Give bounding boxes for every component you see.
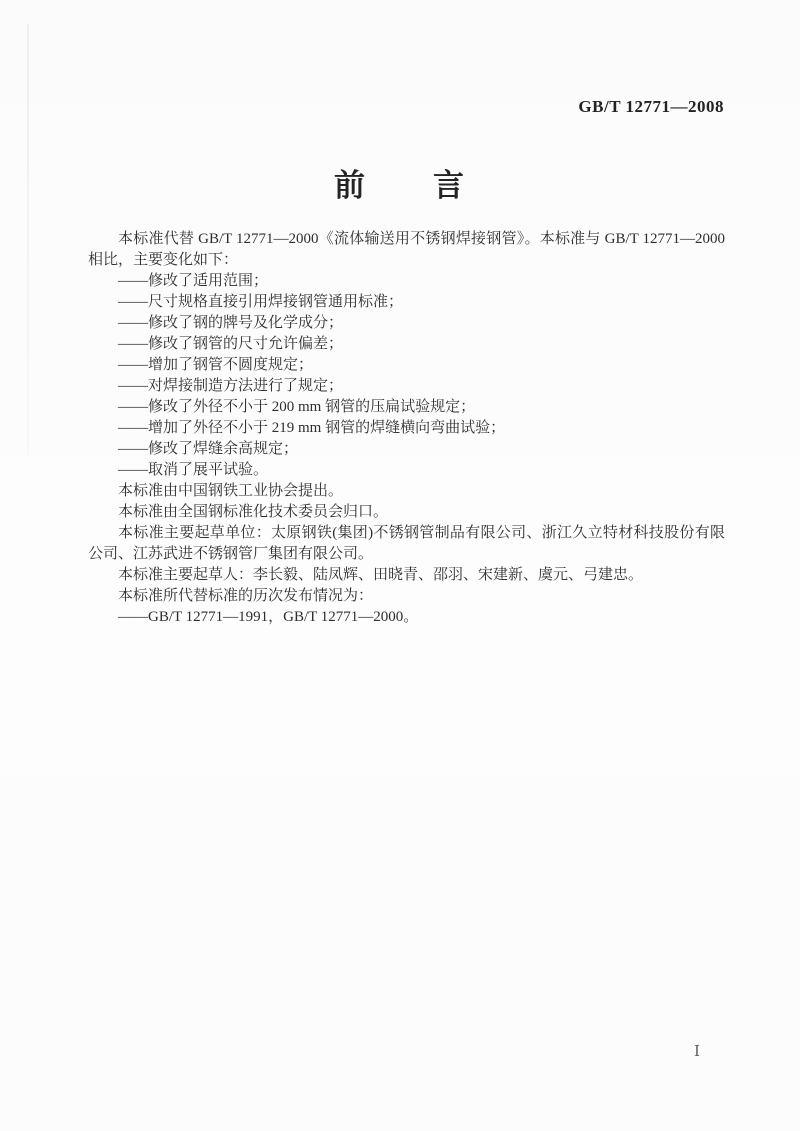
intro-paragraph: 本标准代替 GB/T 12771—2000《流体输送用不锈钢焊接钢管》。本标准与… (88, 229, 725, 271)
change-item: ——增加了外径不小于 219 mm 钢管的焊缝横向弯曲试验； (88, 418, 725, 439)
change-item: ——修改了外径不小于 200 mm 钢管的压扁试验规定； (88, 397, 725, 418)
statement-paragraph: 本标准主要起草单位：太原钢铁(集团)不锈钢管制品有限公司、浙江久立特材科技股份有… (88, 523, 725, 565)
statement-paragraph: ——GB/T 12771—1991，GB/T 12771—2000。 (88, 607, 725, 628)
statement-paragraph: 本标准由中国钢铁工业协会提出。 (88, 481, 725, 502)
change-item: ——修改了适用范围； (88, 271, 725, 292)
change-item: ——尺寸规格直接引用焊接钢管通用标准； (88, 292, 725, 313)
foreword-body: 本标准代替 GB/T 12771—2000《流体输送用不锈钢焊接钢管》。本标准与… (88, 229, 725, 628)
statement-paragraph: 本标准由全国钢标准化技术委员会归口。 (88, 502, 725, 523)
change-item: ——修改了钢管的尺寸允许偏差； (88, 334, 725, 355)
page-number: Ⅰ (694, 1042, 701, 1061)
scan-edge-line (27, 24, 29, 456)
page-title: 前 言 (0, 160, 800, 205)
change-item: ——修改了焊缝余高规定； (88, 439, 725, 460)
document-page: GB/T 12771—2008 前 言 本标准代替 GB/T 12771—200… (0, 0, 800, 1131)
change-item: ——取消了展平试验。 (88, 460, 725, 481)
change-item: ——对焊接制造方法进行了规定； (88, 376, 725, 397)
statement-paragraph: 本标准主要起草人：李长毅、陆凤辉、田晓青、邵羽、宋建新、虞元、弓建忠。 (88, 565, 725, 586)
standard-code: GB/T 12771—2008 (578, 97, 724, 117)
change-item: ——增加了钢管不圆度规定； (88, 355, 725, 376)
change-item: ——修改了钢的牌号及化学成分； (88, 313, 725, 334)
statement-paragraph: 本标准所代替标准的历次发布情况为： (88, 586, 725, 607)
